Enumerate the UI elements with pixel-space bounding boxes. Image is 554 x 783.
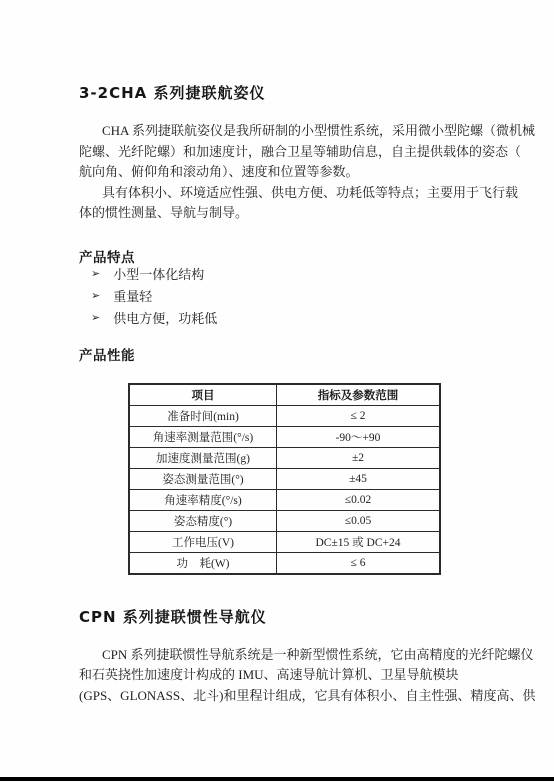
- table-header-cell: 项目: [129, 384, 277, 406]
- table-cell-item: 加速度测量范围(g): [129, 448, 277, 469]
- table-cell-item: 角速率测量范围(°/s): [129, 427, 277, 448]
- paragraph-line: (GPS、GLONASS、北斗)和里程计组成，它具有体积小、自主性强、精度高、供: [79, 686, 519, 706]
- table-cell-item: 功 耗(W): [129, 553, 277, 575]
- table-cell-value: ±2: [277, 448, 441, 469]
- cpn-section-heading: CPN 系列捷联惯性导航仪: [79, 606, 267, 627]
- table-cell-value: DC±15 或 DC+24: [277, 532, 441, 553]
- table-row: 工作电压(V) DC±15 或 DC+24: [129, 532, 440, 553]
- table-row: 加速度测量范围(g) ±2: [129, 448, 440, 469]
- table-cell-item: 姿态精度(°): [129, 511, 277, 532]
- table-row: 姿态测量范围(°) ±45: [129, 469, 440, 490]
- table-cell-value: ≤0.02: [277, 490, 441, 511]
- page-bottom-edge: [0, 777, 554, 781]
- paragraph-line: 航向角、俯仰角和滚动角）、速度和位置等参数。: [79, 162, 509, 183]
- paragraph-line: 陀螺、光纤陀螺）和加速度计，融合卫星等辅助信息，自主提供载体的姿态（: [79, 142, 509, 163]
- table-row: 功 耗(W) ≤ 6: [129, 553, 440, 575]
- paragraph-line: 具有体积小、环境适应性强、供电方便、功耗低等特点；主要用于飞行载: [79, 183, 509, 204]
- paragraph-line: 和石英挠性加速度计构成的 IMU、高速导航计算机、卫星导航模块: [79, 665, 519, 685]
- table-row: 角速率测量范围(°/s) -90～+90: [129, 427, 440, 448]
- paragraph-line: CHA 系列捷联航姿仪是我所研制的小型惯性系统，采用微小型陀螺（微机械: [79, 121, 509, 142]
- feature-list-item: ➢ 供电方便，功耗低: [91, 306, 217, 328]
- table-cell-item: 角速率精度(°/s): [129, 490, 277, 511]
- table-cell-value: ≤0.05: [277, 511, 441, 532]
- arrow-bullet-icon: ➢: [91, 311, 100, 324]
- table-cell-item: 姿态测量范围(°): [129, 469, 277, 490]
- features-list: ➢ 小型一体化结构 ➢ 重量轻 ➢ 供电方便，功耗低: [91, 262, 217, 329]
- feature-list-item: ➢ 小型一体化结构: [91, 262, 217, 284]
- arrow-bullet-icon: ➢: [91, 267, 100, 280]
- paragraph-line: 体的惯性测量、导航与制导。: [79, 203, 509, 224]
- paragraph-line: CPN 系列捷联惯性导航系统是一种新型惯性系统，它由高精度的光纤陀螺仪: [79, 645, 519, 665]
- table-cell-value: -90～+90: [277, 427, 441, 448]
- table-row: 角速率精度(°/s) ≤0.02: [129, 490, 440, 511]
- table-header-row: 项目 指标及参数范围: [129, 384, 440, 406]
- table-cell-item: 准备时间(min): [129, 406, 277, 427]
- feature-label: 小型一体化结构: [113, 264, 204, 283]
- feature-label: 重量轻: [113, 286, 152, 305]
- feature-label: 供电方便，功耗低: [113, 308, 217, 327]
- arrow-bullet-icon: ➢: [91, 289, 100, 302]
- performance-table: 项目 指标及参数范围 准备时间(min) ≤ 2 角速率测量范围(°/s) -9…: [128, 383, 441, 575]
- table-cell-item: 工作电压(V): [129, 532, 277, 553]
- performance-heading: 产品性能: [79, 344, 135, 364]
- table-cell-value: ±45: [277, 469, 441, 490]
- cpn-paragraph: CPN 系列捷联惯性导航系统是一种新型惯性系统，它由高精度的光纤陀螺仪 和石英挠…: [79, 645, 519, 706]
- intro-paragraphs: CHA 系列捷联航姿仪是我所研制的小型惯性系统，采用微小型陀螺（微机械 陀螺、光…: [79, 121, 509, 224]
- table-header-cell: 指标及参数范围: [277, 384, 441, 406]
- table-row: 姿态精度(°) ≤0.05: [129, 511, 440, 532]
- table-cell-value: ≤ 6: [277, 553, 441, 575]
- table-row: 准备时间(min) ≤ 2: [129, 406, 440, 427]
- feature-list-item: ➢ 重量轻: [91, 284, 217, 306]
- table-cell-value: ≤ 2: [277, 406, 441, 427]
- page-title: 3-2CHA 系列捷联航姿仪: [79, 82, 266, 103]
